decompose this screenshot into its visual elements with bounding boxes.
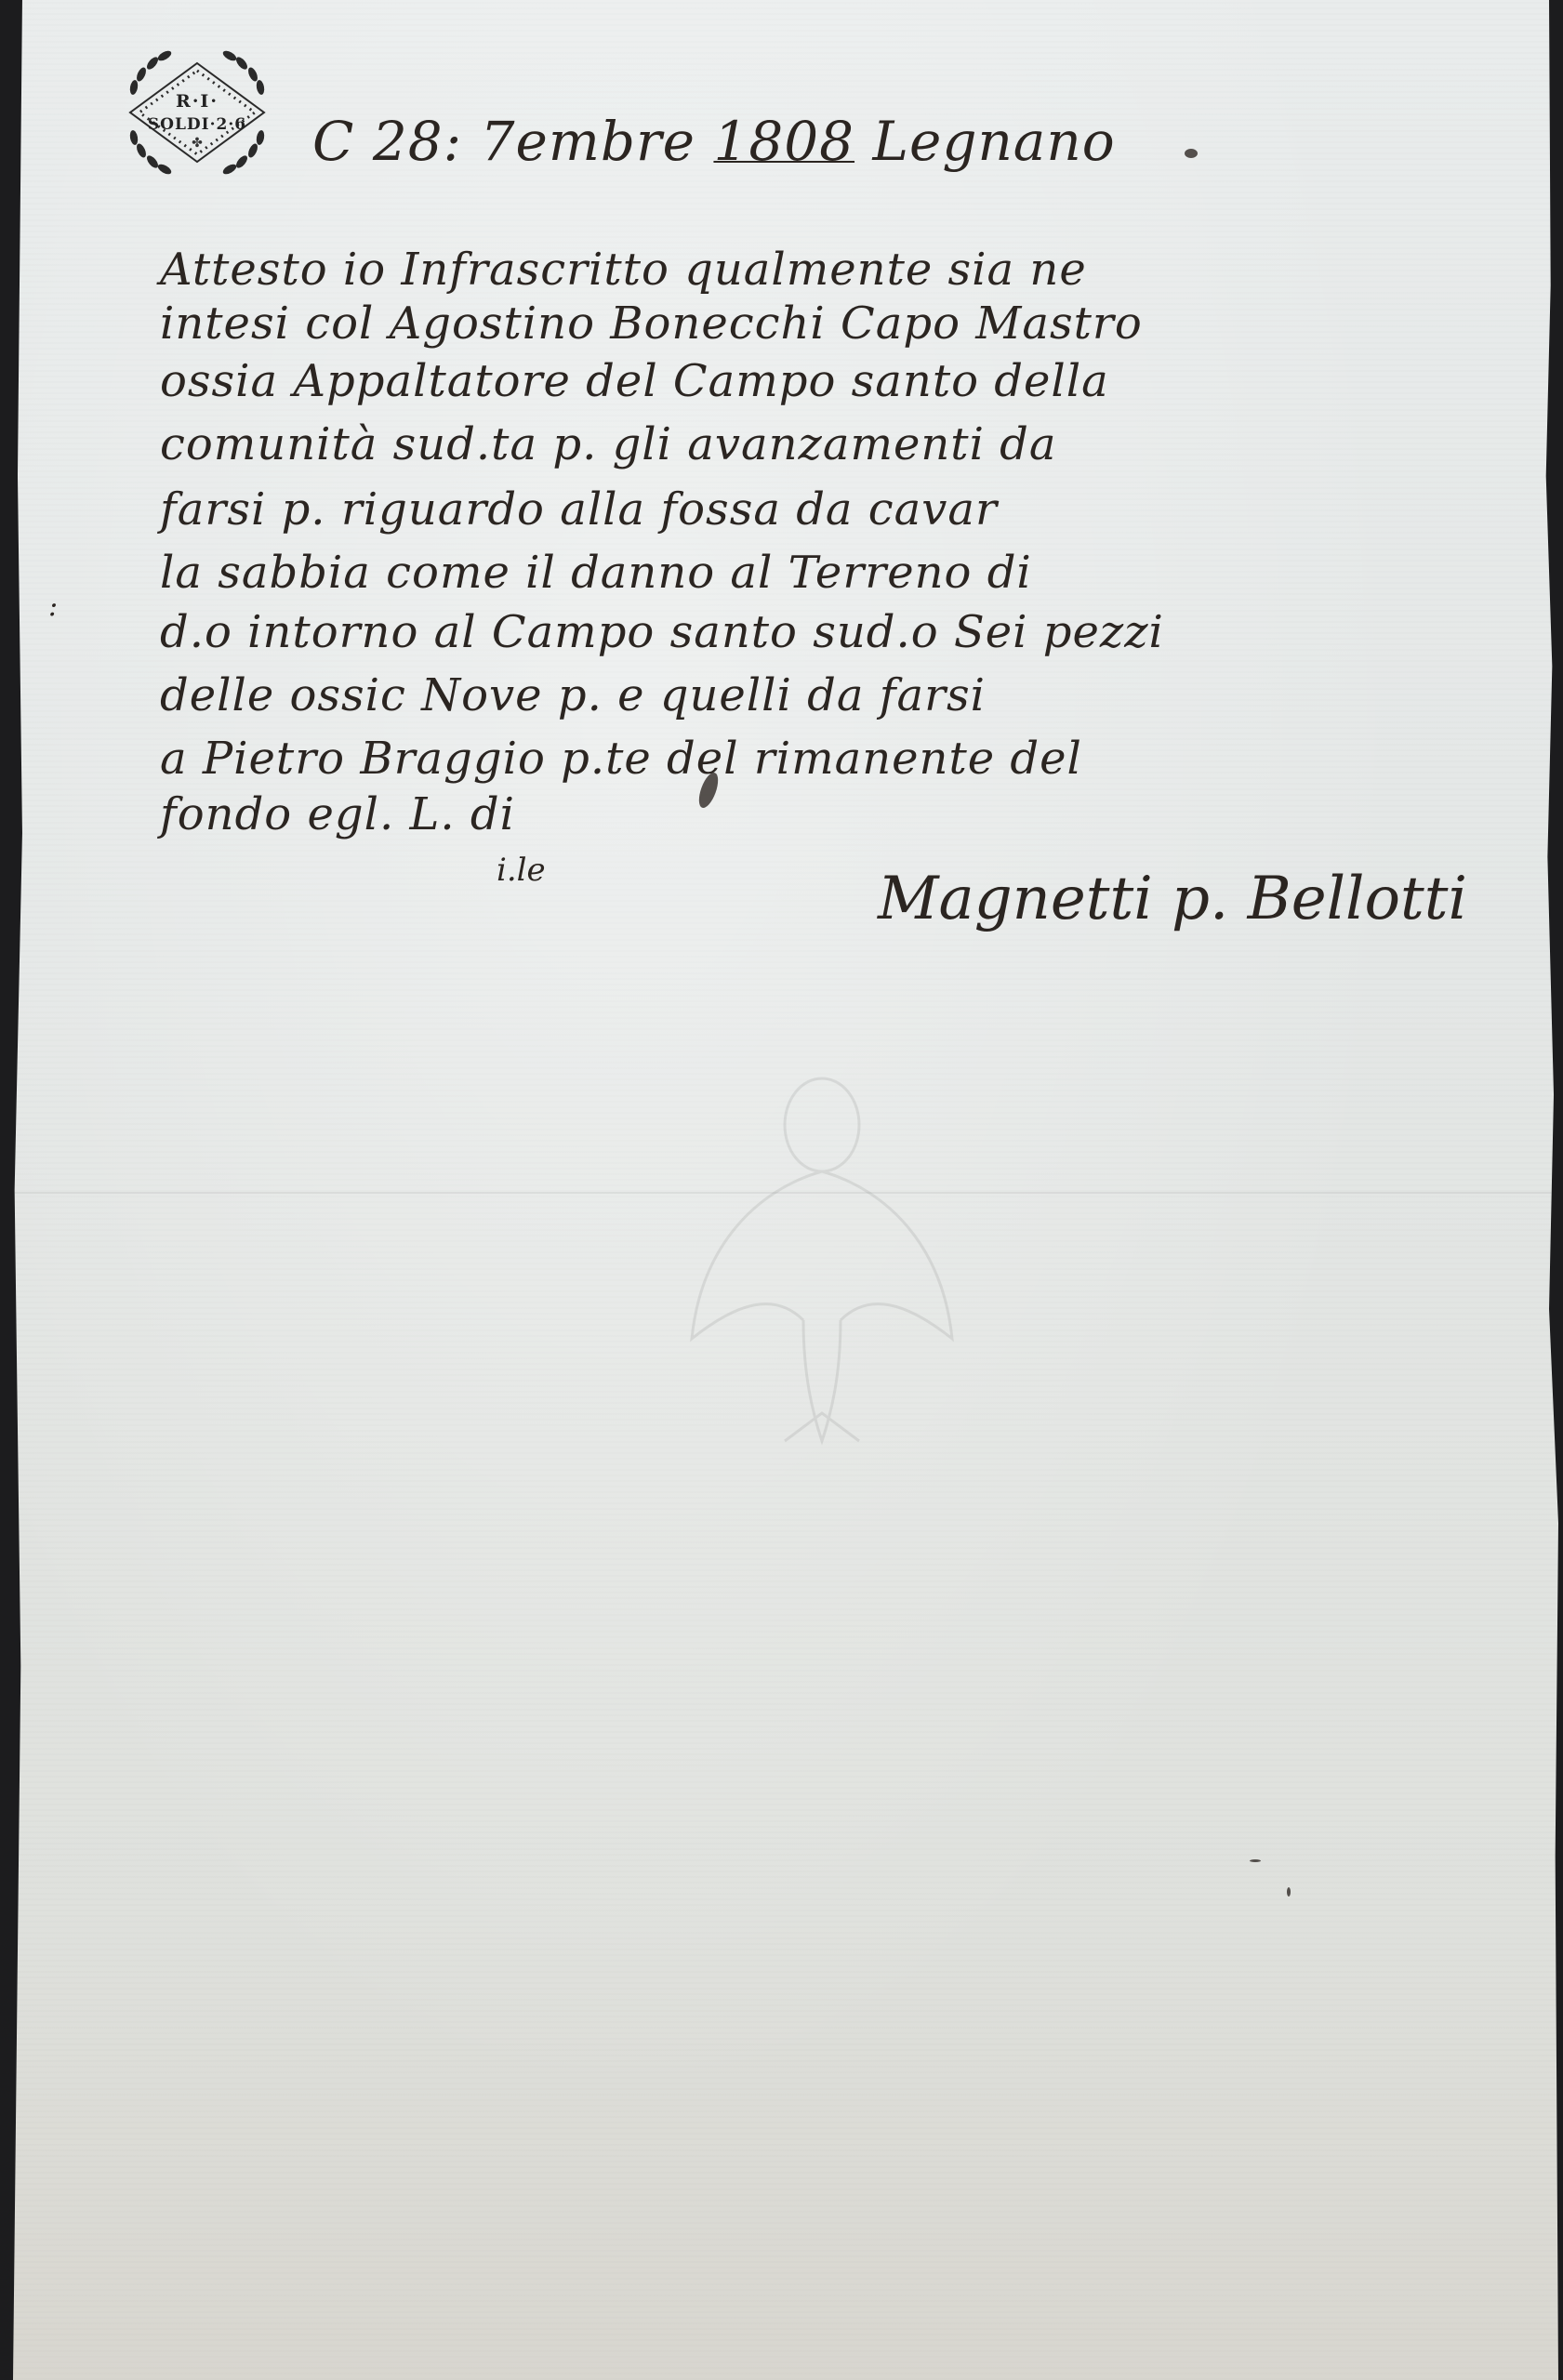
body-line-8: delle ossic Nove p. e quelli da farsi [160, 669, 986, 721]
ink-speck [1287, 1887, 1291, 1897]
revenue-stamp: ✤ R·I· SOLDI·2·6 [113, 43, 281, 182]
date-prefix: C 28: 7embre [312, 110, 695, 173]
signature: Magnetti p. Bellotti [878, 865, 1467, 933]
body-line-9: a Pietro Braggio p.te del rimanente del [160, 733, 1082, 785]
body-line-6: la sabbia come il danno al Terreno di [160, 547, 1032, 599]
body-line-2: intesi col Agostino Bonecchi Capo Mastro [160, 297, 1143, 350]
body-line-3: ossia Appaltatore del Campo santo della [160, 355, 1109, 407]
abbreviation-mark: i.le [497, 852, 546, 889]
laurel-wreath-icon: ✤ [113, 43, 281, 182]
place-name: Legnano [872, 110, 1115, 173]
body-line-10: fondo egl. L. di [160, 788, 515, 840]
body-line-5: farsi p. riguardo alla fossa da cavar [160, 483, 998, 535]
eagle-watermark-icon [664, 1041, 980, 1469]
date-place-heading: C 28: 7embre 1808 Legnano [312, 110, 1116, 173]
ink-spot [1185, 149, 1198, 158]
stamp-line-1: R·I· [113, 91, 281, 112]
year: 1808 [713, 110, 854, 173]
body-line-4: comunità sud.ta p. gli avanzamenti da [160, 418, 1057, 470]
body-line-7: d.o intorno al Campo santo sud.o Sei pez… [160, 606, 1164, 658]
stamp-line-2: SOLDI·2·6 [113, 115, 281, 134]
svg-text:✤: ✤ [192, 136, 203, 151]
body-line-1: Attesto io Infrascritto qualmente sia ne [160, 244, 1087, 296]
ink-speck [1250, 1859, 1261, 1862]
document-page: ✤ R·I· SOLDI·2·6 C 28: 7embre 1808 Legna… [13, 0, 1558, 2380]
margin-mark: : [48, 590, 58, 623]
